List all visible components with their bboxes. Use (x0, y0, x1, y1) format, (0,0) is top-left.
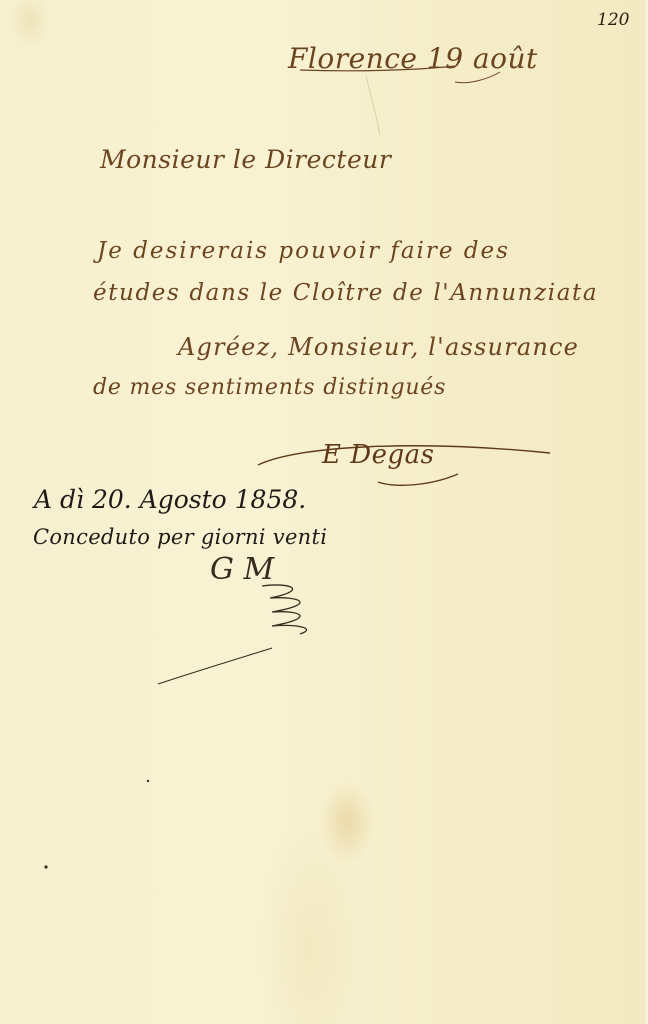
initials-paraph (262, 585, 307, 634)
paper-crease (366, 75, 380, 135)
letter-body-line-2: études dans le Cloître de l'Annunziata (93, 280, 598, 306)
ink-speck (44, 865, 47, 868)
ink-speck (147, 780, 149, 782)
letter-page: 120 Florence 19 août Monsieur le Directe… (0, 0, 648, 1024)
initials-tail-line (158, 648, 272, 684)
letter-dateline: Florence 19 août (288, 42, 538, 75)
letter-closing-line-1: Agréez, Monsieur, l'assurance (178, 333, 579, 361)
page-number: 120 (597, 10, 629, 30)
letter-closing-line-2: de mes sentiments distingués (93, 375, 446, 400)
annotation-grant-line: Conceduto per giorni venti (33, 525, 327, 549)
signature-underflourish (378, 474, 458, 485)
letter-signature: E Degas (322, 440, 434, 470)
annotation-initials: G M (210, 552, 274, 587)
letter-salutation: Monsieur le Directeur (100, 145, 391, 174)
annotation-date-line: A dì 20. Agosto 1858. (34, 485, 306, 514)
letter-body-line-1: Je desirerais pouvoir faire des (97, 238, 510, 264)
